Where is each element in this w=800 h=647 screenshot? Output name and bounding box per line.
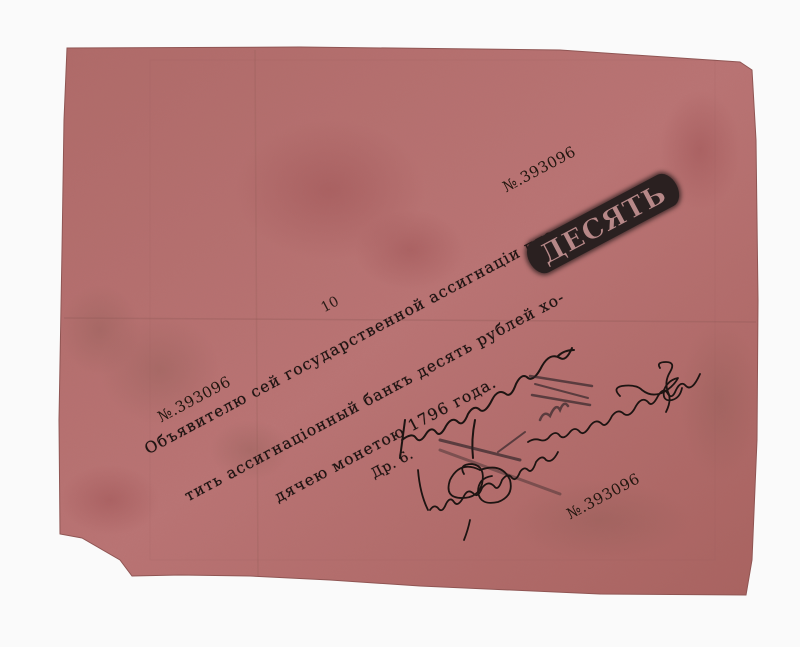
- photo-scene: 10 №.393096 №.393096 №.393096 Объявителю…: [0, 0, 800, 647]
- banknote: 10 №.393096 №.393096 №.393096 Объявителю…: [0, 0, 800, 647]
